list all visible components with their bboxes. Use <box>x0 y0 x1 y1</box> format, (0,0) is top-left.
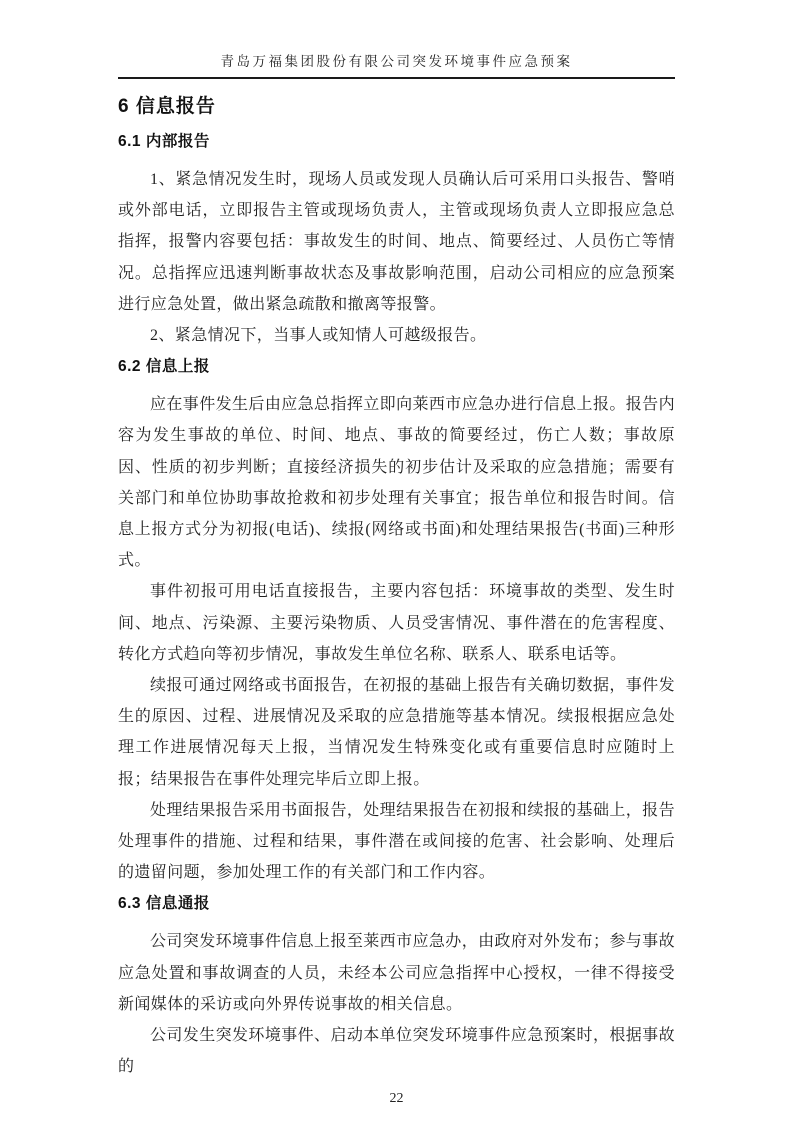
section-info-escalation: 6.2 信息上报 应在事件发生后由应急总指挥立即向莱西市应急办进行信息上报。报告… <box>118 357 675 888</box>
section-heading-6-2: 6.2 信息上报 <box>118 357 675 376</box>
paragraph: 应在事件发生后由应急总指挥立即向莱西市应急办进行信息上报。报告内容为发生事故的单… <box>118 389 675 576</box>
paragraph: 公司突发环境事件信息上报至莱西市应急办，由政府对外发布；参与事故应急处置和事故调… <box>118 926 675 1020</box>
section-heading-6-3: 6.3 信息通报 <box>118 894 675 913</box>
page-header: 青岛万福集团股份有限公司突发环境事件应急预案 <box>118 54 675 79</box>
paragraph: 公司发生突发环境事件、启动本单位突发环境事件应急预案时，根据事故的 <box>118 1020 675 1082</box>
header-title: 青岛万福集团股份有限公司突发环境事件应急预案 <box>221 54 573 69</box>
page-number: 22 <box>390 1091 404 1106</box>
section-info-notification: 6.3 信息通报 公司突发环境事件信息上报至莱西市应急办，由政府对外发布；参与事… <box>118 894 675 1082</box>
document-body: 6 信息报告 6.1 内部报告 1、紧急情况发生时，现场人员或发现人员确认后可采… <box>118 97 675 1082</box>
page-footer: 22 <box>118 1091 675 1107</box>
section-heading-6-1: 6.1 内部报告 <box>118 132 675 151</box>
chapter-heading: 6 信息报告 <box>118 97 675 117</box>
section-internal-report: 6.1 内部报告 1、紧急情况发生时，现场人员或发现人员确认后可采用口头报告、警… <box>118 132 675 351</box>
paragraph: 2、紧急情况下，当事人或知情人可越级报告。 <box>118 320 675 351</box>
paragraph: 事件初报可用电话直接报告，主要内容包括：环境事故的类型、发生时间、地点、污染源、… <box>118 576 675 670</box>
document-page: 青岛万福集团股份有限公司突发环境事件应急预案 6 信息报告 6.1 内部报告 1… <box>0 0 793 1122</box>
paragraph: 处理结果报告采用书面报告，处理结果报告在初报和续报的基础上，报告处理事件的措施、… <box>118 795 675 889</box>
paragraph: 1、紧急情况发生时，现场人员或发现人员确认后可采用口头报告、警哨或外部电话，立即… <box>118 164 675 320</box>
paragraph: 续报可通过网络或书面报告，在初报的基础上报告有关确切数据，事件发生的原因、过程、… <box>118 670 675 795</box>
